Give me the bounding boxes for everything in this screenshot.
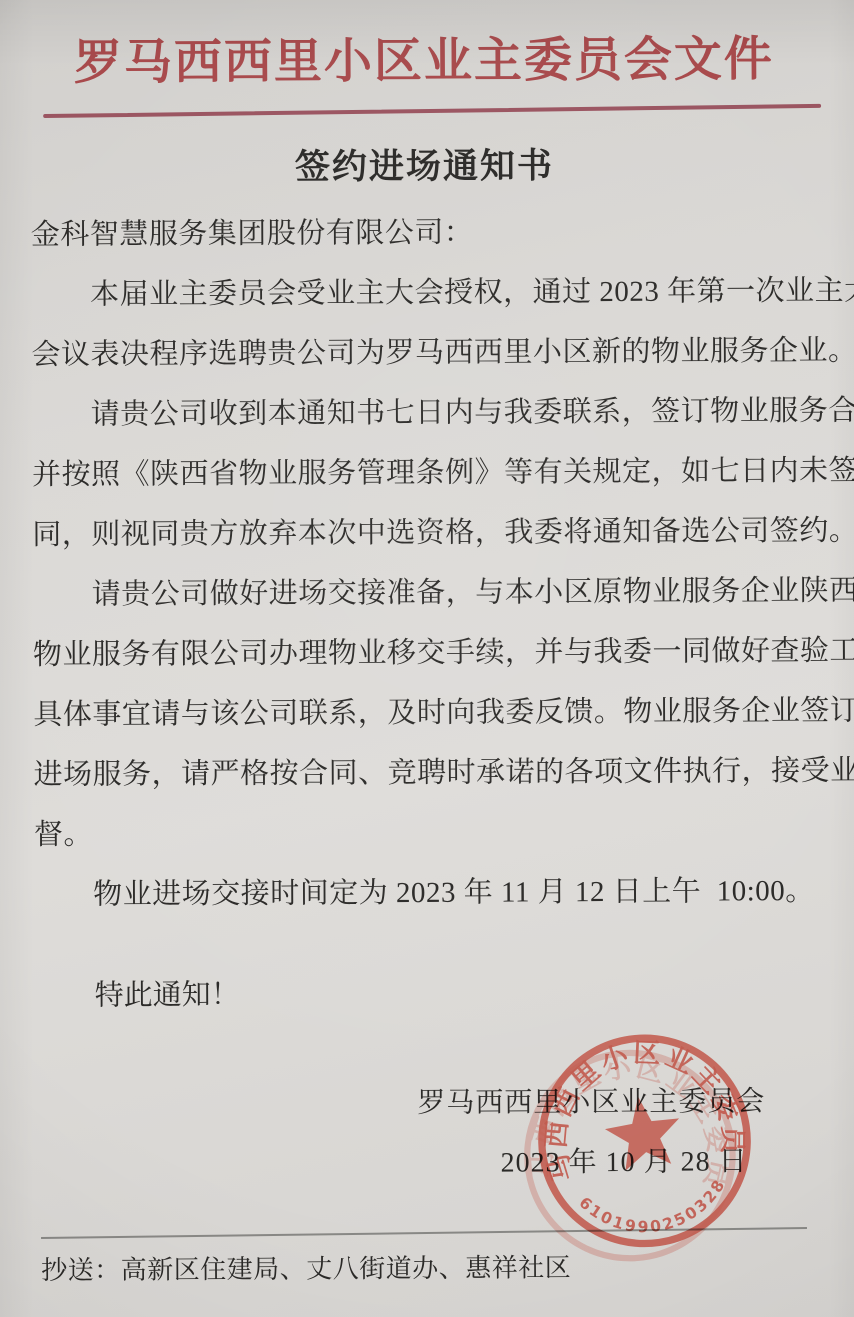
closing-line: 特此通知！	[35, 965, 240, 1026]
body-line: 请贵公司做好进场交接准备，与本小区原物业服务企业陕西圣普	[33, 561, 827, 625]
body-line: 物业服务有限公司办理物业移交手续，并与我委一同做好查验工作。	[33, 621, 827, 685]
seal-star	[601, 1091, 685, 1172]
document-body: 金科智慧服务集团股份有限公司： 本届业主委员会受业主大会授权，通过 2023 年…	[31, 201, 829, 925]
body-line: 请贵公司收到本通知书七日内与我委联系，签订物业服务合同，	[32, 381, 826, 445]
official-seal: 罗马西西里小区业主委员会 罗马西西里小区业主委员会 6101990250328	[518, 1014, 772, 1268]
body-line: 具体事宜请与该公司联系，及时向我委反馈。物业服务企业签订合同	[33, 681, 827, 745]
body-line: 本届业主委员会受业主大会授权，通过 2023 年第一次业主大会	[31, 261, 825, 325]
body-line: 督。	[34, 801, 828, 865]
addressee-line: 金科智慧服务集团股份有限公司：	[31, 201, 825, 265]
red-divider-line	[43, 104, 821, 118]
body-line: 会议表决程序选聘贵公司为罗马西西里小区新的物业服务企业。	[31, 321, 825, 385]
cc-recipients-line: 抄送：高新区住建局、丈八街道办、惠祥社区	[41, 1247, 571, 1292]
body-line: 并按照《陕西省物业服务管理条例》等有关规定，如七日内未签订合	[32, 441, 826, 505]
document-header-title: 罗马西西里小区业主委员会文件	[0, 24, 851, 100]
body-line: 同，则视同贵方放弃本次中选资格，我委将通知备选公司签约。	[32, 501, 826, 565]
body-line: 物业进场交接时间定为 2023 年 11 月 12 日上午 10:00。	[34, 861, 828, 925]
document-subject: 签约进场通知书	[0, 136, 852, 198]
body-line: 进场服务，请严格按合同、竞聘时承诺的各项文件执行，接受业主监	[33, 741, 827, 805]
seal-graphic: 罗马西西里小区业主委员会 罗马西西里小区业主委员会 6101990250328	[518, 1014, 772, 1268]
document-page: 罗马西西里小区业主委员会文件 签约进场通知书 金科智慧服务集团股份有限公司： 本…	[0, 0, 854, 1317]
